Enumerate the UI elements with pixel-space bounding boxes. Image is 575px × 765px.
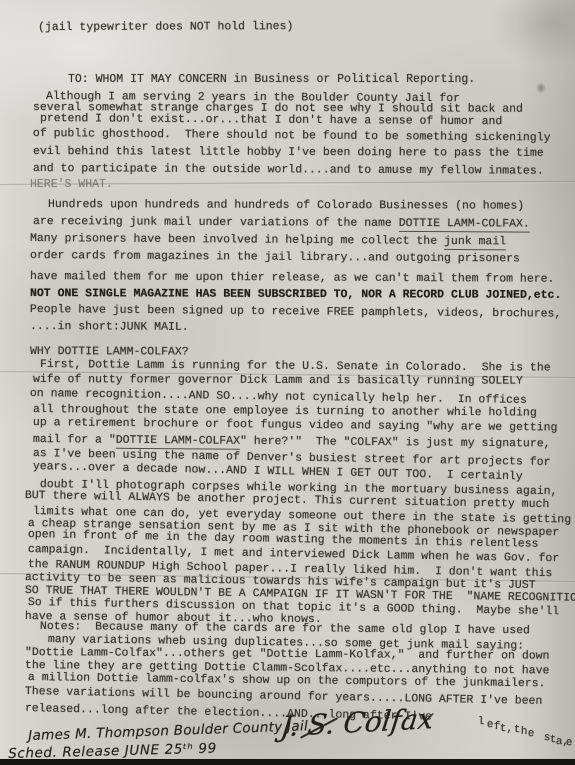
ink-smudge [536,82,546,94]
typed-line: of public ghosthood. There should not be… [33,128,551,145]
scan-edge-bar [0,759,575,765]
typed-line: are receiving junk mail under variations… [33,216,530,231]
typed-line: Hundreds upon hundreds and hundreds of C… [48,199,524,213]
typed-line: (jail typewriter does NOT hold lines) [38,21,293,34]
typed-line: Many prisoners have been involved in hel… [30,233,506,248]
typed-fragment: e [528,728,535,740]
typed-line: pretend I don't exist...or...that I don'… [40,113,502,128]
typed-fragment: t [514,724,521,736]
letter-page: (jail typewriter does NOT hold lines)TO:… [0,0,575,765]
typed-line: HERE'S WHAT. [30,179,113,191]
typed-line: People have just been signed up to recei… [30,304,561,321]
typed-line: and to participate in the outside world.… [33,163,544,178]
typed-line: TO: WHOM IT MAY CONCERN in Business or P… [68,74,475,86]
typed-line: NOT ONE SINGLE MAGAZINE HAS BEEN SUBSCRI… [30,288,561,302]
typed-fragment: l [478,716,485,728]
typed-line: WHY DOTTIE LAMM-COLFAX? [30,346,189,359]
typed-line: have mailed them for me upon thier relea… [30,271,555,286]
typed-line: order cards from magazines in the jail l… [30,250,520,265]
inmate-name-handwriting: James M. Thompson Boulder County Jail [28,718,308,744]
typed-fragment: h [521,726,528,738]
typed-fragment: e [566,737,573,749]
typed-line: ....in short:JUNK MAIL. [30,321,189,334]
typed-fragment: e [487,719,494,731]
typed-line: evil behind this latest little hobby I'v… [33,146,544,160]
typed-line: wife of nutty former governor Dick Lamm … [33,374,523,388]
typed-fragment: t, [500,723,514,735]
typed-line: up a retirement brochure or foot fungus … [33,417,558,434]
